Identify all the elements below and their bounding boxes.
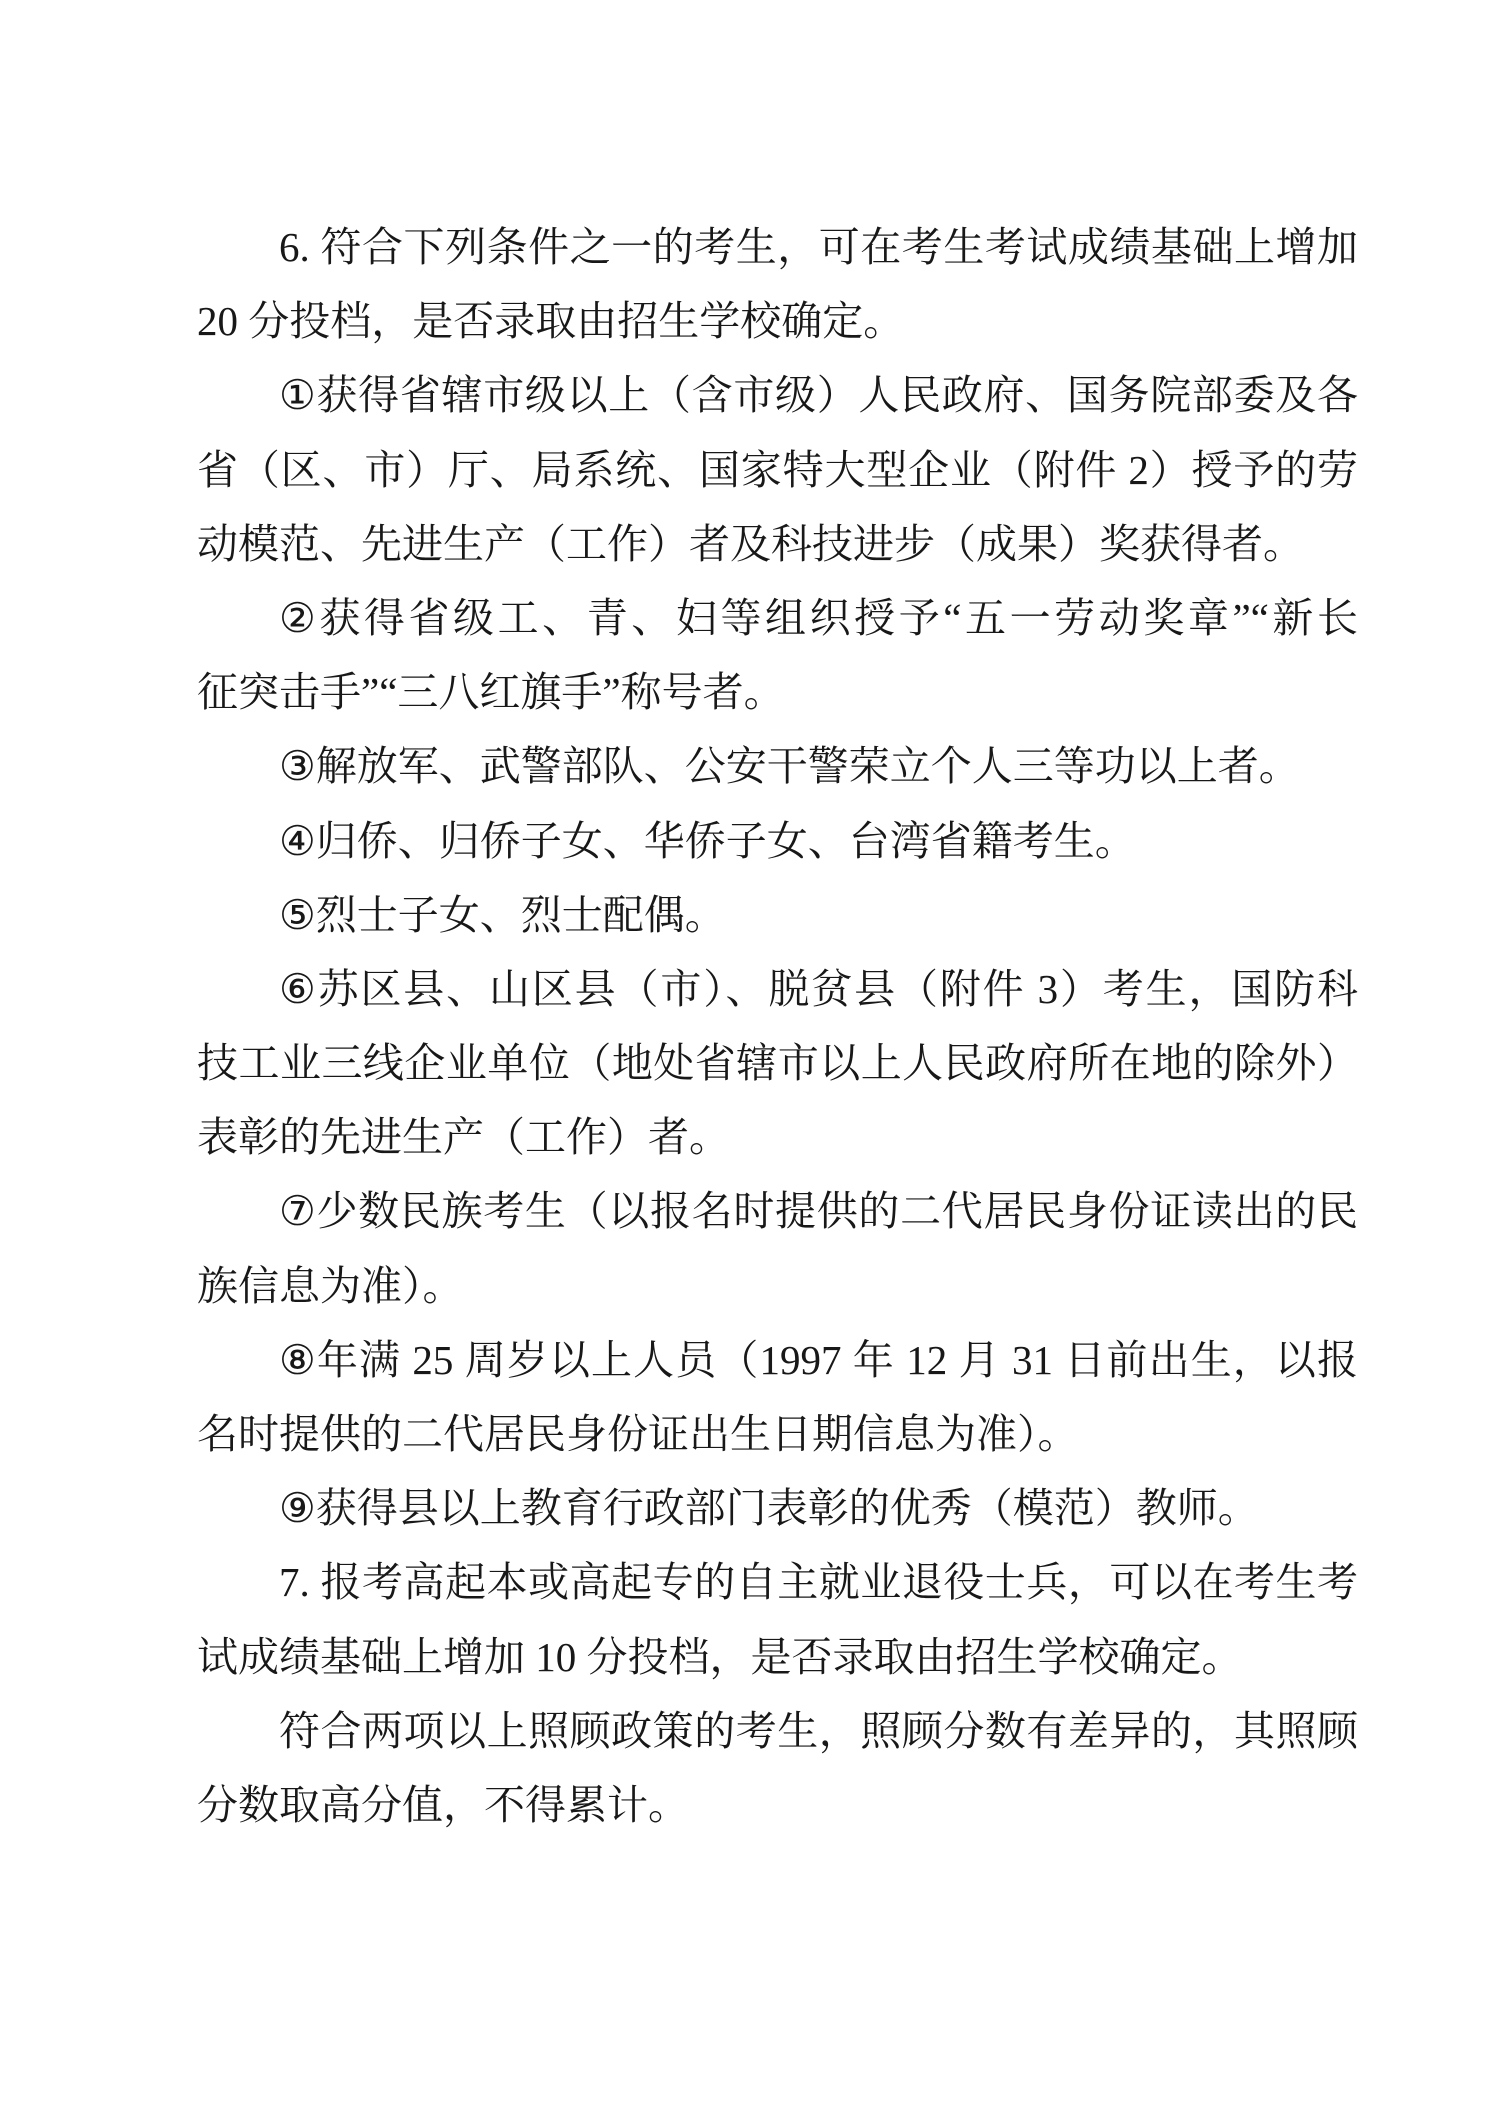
text-line: 表彰的先进生产（工作）者。 xyxy=(197,1100,1358,1174)
text-block: 6. 符合下列条件之一的考生，可在考生考试成绩基础上增加20 分投档，是否录取由… xyxy=(197,210,1358,1842)
text-line: 征突击手”“三八红旗手”称号者。 xyxy=(197,655,1358,729)
text-line: 6. 符合下列条件之一的考生，可在考生考试成绩基础上增加 xyxy=(197,210,1358,284)
text-line: ⑥苏区县、山区县（市）、脱贫县（附件 3）考生，国防科 xyxy=(197,952,1358,1026)
document-page: 6. 符合下列条件之一的考生，可在考生考试成绩基础上增加20 分投档，是否录取由… xyxy=(0,0,1497,2117)
text-line: 符合两项以上照顾政策的考生，照顾分数有差异的，其照顾 xyxy=(197,1694,1358,1768)
text-line: 技工业三线企业单位（地处省辖市以上人民政府所在地的除外） xyxy=(197,1026,1358,1100)
text-line: 试成绩基础上增加 10 分投档，是否录取由招生学校确定。 xyxy=(197,1620,1358,1694)
text-line: ⑨获得县以上教育行政部门表彰的优秀（模范）教师。 xyxy=(197,1471,1358,1545)
text-line: ⑤烈士子女、烈士配偶。 xyxy=(197,878,1358,952)
text-line: 省（区、市）厅、局系统、国家特大型企业（附件 2）授予的劳 xyxy=(197,433,1358,507)
text-line: 名时提供的二代居民身份证出生日期信息为准）。 xyxy=(197,1397,1358,1471)
text-line: ③解放军、武警部队、公安干警荣立个人三等功以上者。 xyxy=(197,729,1358,803)
text-line: ②获得省级工、青、妇等组织授予“五一劳动奖章”“新长 xyxy=(197,581,1358,655)
text-line: ⑦少数民族考生（以报名时提供的二代居民身份证读出的民 xyxy=(197,1174,1358,1248)
text-line: 20 分投档，是否录取由招生学校确定。 xyxy=(197,284,1358,358)
text-line: ⑧年满 25 周岁以上人员（1997 年 12 月 31 日前出生，以报 xyxy=(197,1323,1358,1397)
text-line: 族信息为准）。 xyxy=(197,1249,1358,1323)
text-line: 动模范、先进生产（工作）者及科技进步（成果）奖获得者。 xyxy=(197,507,1358,581)
text-line: ④归侨、归侨子女、华侨子女、台湾省籍考生。 xyxy=(197,804,1358,878)
text-line: ①获得省辖市级以上（含市级）人民政府、国务院部委及各 xyxy=(197,358,1358,432)
text-line: 分数取高分值，不得累计。 xyxy=(197,1768,1358,1842)
text-line: 7. 报考高起本或高起专的自主就业退役士兵，可以在考生考 xyxy=(197,1545,1358,1619)
